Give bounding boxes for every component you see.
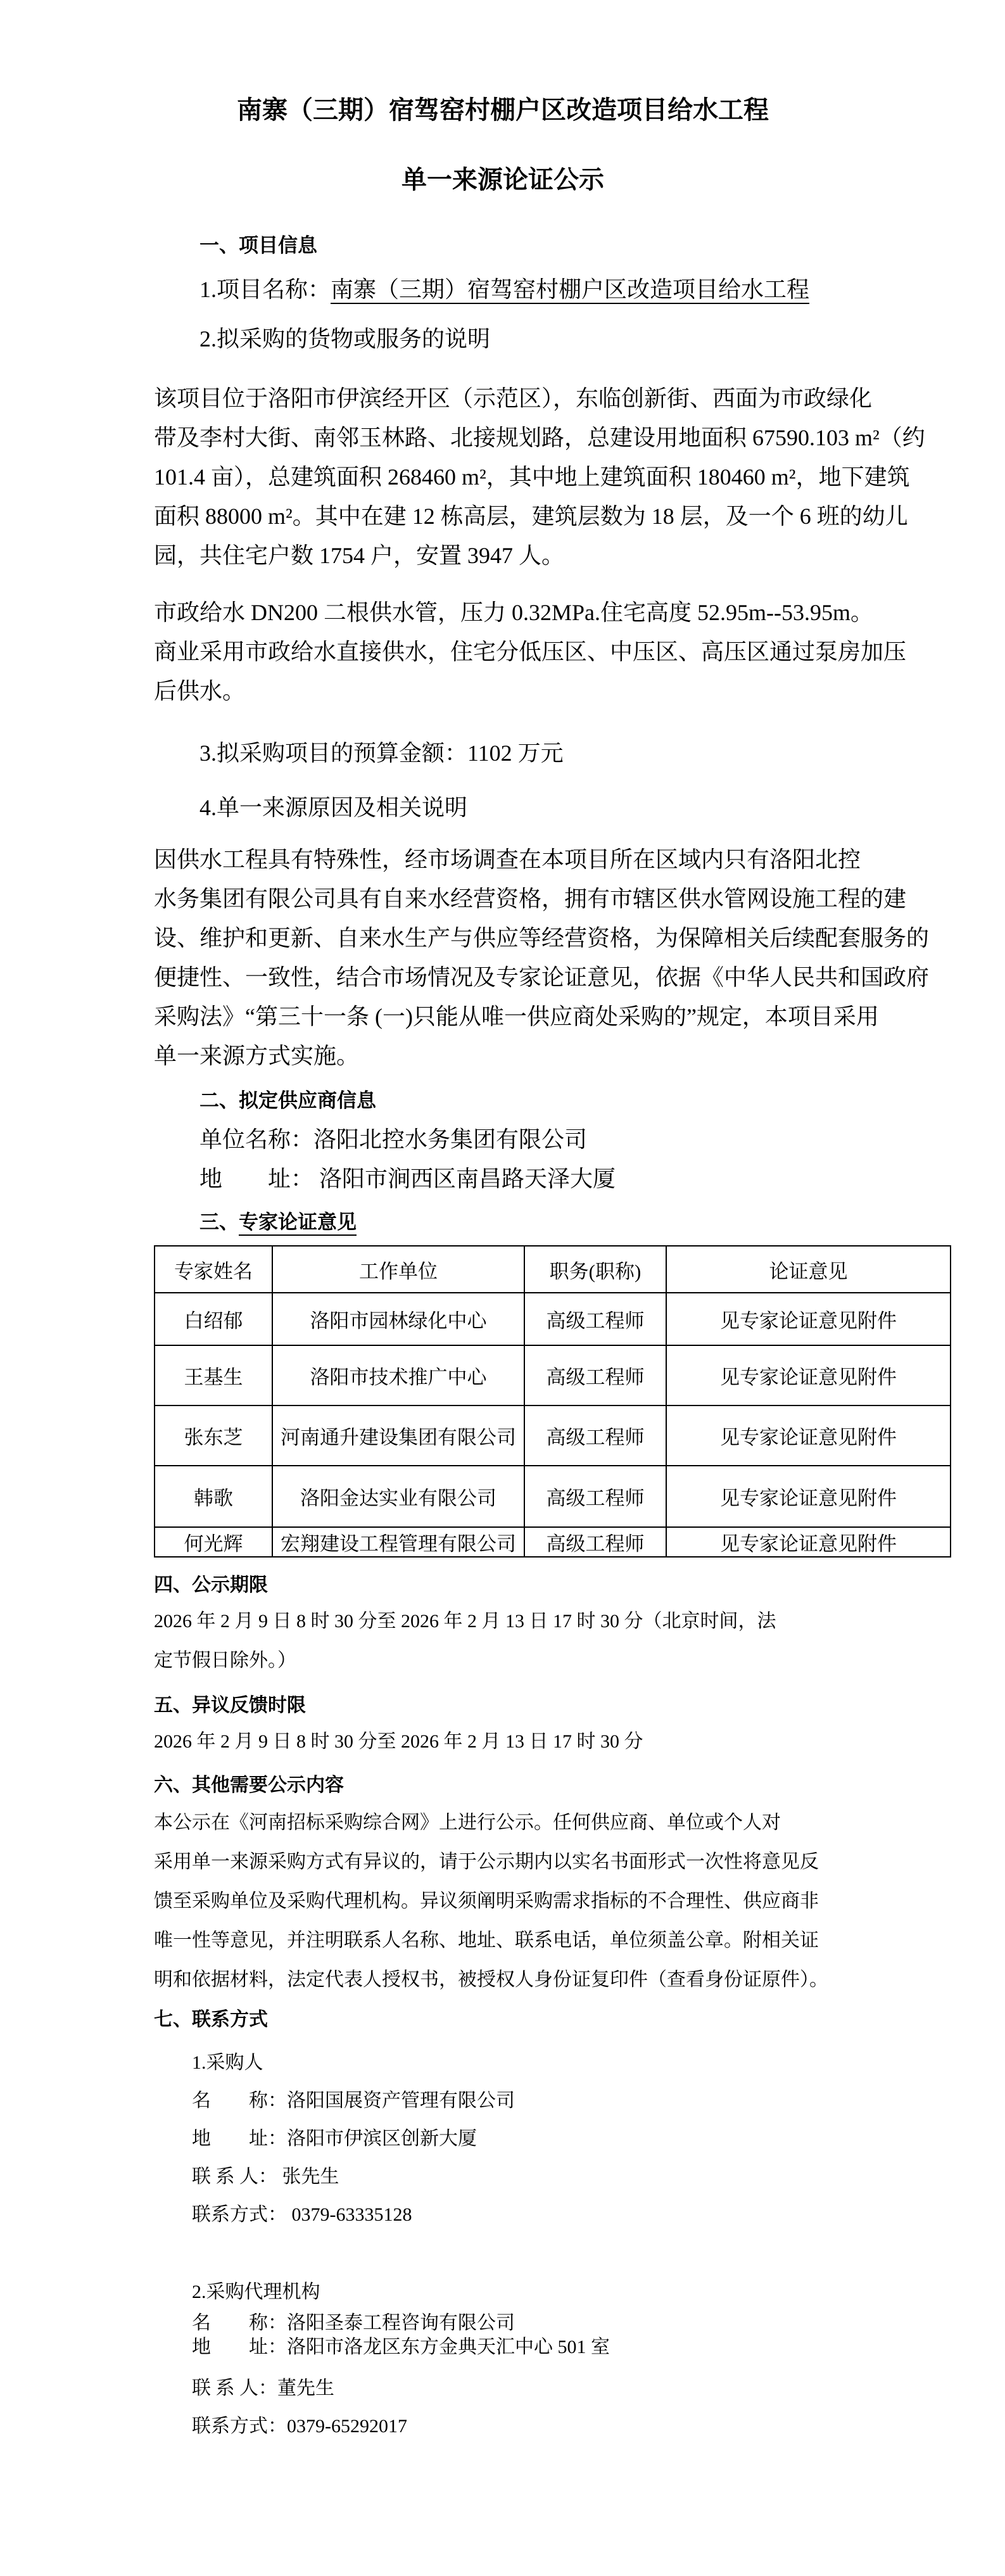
supplier-address-line: 地 址： 洛阳市涧西区南昌路天泽大厦 <box>199 1159 852 1198</box>
expert-title-cell: 高级工程师 <box>524 1345 666 1405</box>
expert-name-cell: 张东芝 <box>155 1405 272 1466</box>
agency-contact-person-line: 联 系 人：董先生 <box>192 2370 852 2408</box>
experts-column-header: 专家姓名 <box>155 1246 272 1293</box>
paragraph-line: 水务集团有限公司具有自来水经营资格，拥有市辖区供水管网设施工程的建 <box>154 879 852 918</box>
buyer-phone-line: 联系方式： 0379-63335128 <box>192 2196 852 2234</box>
paragraph-line: 因供水工程具有特殊性，经市场调查在本项目所在区域内只有洛阳北控 <box>154 840 852 879</box>
expert-opinion-cell: 见专家论证意见附件 <box>666 1466 951 1527</box>
expert-heading-text: 专家论证意见 <box>239 1211 357 1233</box>
expert-title-cell: 高级工程师 <box>524 1527 666 1557</box>
expert-title-cell: 高级工程师 <box>524 1466 666 1527</box>
expert-row: 何光辉 宏翔建设工程管理有限公司 高级工程师 见专家论证意见附件 <box>155 1527 951 1557</box>
paragraph-line: 带及李村大街、南邻玉林路、北接规划路，总建设用地面积 67590.103 m²（… <box>154 418 852 457</box>
paragraph-line: 定节假日除外。） <box>154 1641 852 1680</box>
expert-opinion-cell: 见专家论证意见附件 <box>666 1405 951 1466</box>
expert-row: 白绍郁 洛阳市园林绿化中心 高级工程师 见专家论证意见附件 <box>155 1293 951 1345</box>
agency-address-line: 地 址：洛阳市洛龙区东方金典天汇中心 501 室 <box>192 2335 852 2359</box>
paragraph-line: 2026 年 2 月 9 日 8 时 30 分至 2026 年 2 月 13 日… <box>154 1602 852 1641</box>
paragraph-line: 本公示在《河南招标采购综合网》上进行公示。任何供应商、单位或个人对 <box>154 1803 852 1843</box>
section-heading-other-content: 六、其他需要公示内容 <box>154 1772 852 1799</box>
expert-org-cell: 洛阳市技术推广中心 <box>272 1345 524 1405</box>
expert-row: 韩歌 洛阳金达实业有限公司 高级工程师 见专家论证意见附件 <box>155 1466 951 1527</box>
paragraph-line: 设、维护和更新、自来水生产与供应等经营资格，为保障相关后续配套服务的 <box>154 918 852 958</box>
expert-name-cell: 何光辉 <box>155 1527 272 1557</box>
paragraph-line: 采用单一来源采购方式有异议的，请于公示期内以实名书面形式一次性将意见反 <box>154 1843 852 1882</box>
agency-phone-line: 联系方式：0379-65292017 <box>192 2408 852 2446</box>
paragraph-line: 园，共住宅户数 1754 户，安置 3947 人。 <box>154 536 852 575</box>
paragraph-line: 单一来源方式实施。 <box>154 1036 852 1075</box>
experts-column-header: 工作单位 <box>272 1246 524 1293</box>
buyer-label: 1.采购人 <box>192 2044 852 2082</box>
experts-table: 专家姓名工作单位职务(职称)论证意见 白绍郁 洛阳市园林绿化中心 高级工程师 见… <box>154 1245 951 1558</box>
doc-title: 南寨（三期）宿驾窑村棚户区改造项目给水工程 <box>154 94 852 127</box>
other-content-paragraph: 本公示在《河南招标采购综合网》上进行公示。任何供应商、单位或个人对采用单一来源采… <box>154 1803 852 2000</box>
project-name-value: 南寨（三期）宿驾窑村棚户区改造项目给水工程 <box>331 277 809 302</box>
experts-header-row: 专家姓名工作单位职务(职称)论证意见 <box>155 1246 951 1293</box>
paragraph-line: 唯一性等意见，并注明联系人名称、地址、联系电话，单位须盖公章。附相关证 <box>154 1921 852 1960</box>
water-supply-paragraph: 市政给水 DN200 二根供水管，压力 0.32MPa.住宅高度 52.95m-… <box>154 593 852 711</box>
section-heading-contact-info: 七、联系方式 <box>154 2006 852 2034</box>
experts-table-body: 白绍郁 洛阳市园林绿化中心 高级工程师 见专家论证意见附件 王基生 洛阳市技术推… <box>155 1293 951 1557</box>
buyer-address-line: 地 址：洛阳市伊滨区创新大厦 <box>192 2120 852 2158</box>
section-heading-objection-period: 五、异议反馈时限 <box>154 1692 852 1720</box>
publicity-period-paragraph: 2026 年 2 月 9 日 8 时 30 分至 2026 年 2 月 13 日… <box>154 1602 852 1680</box>
expert-org-cell: 宏翔建设工程管理有限公司 <box>272 1527 524 1557</box>
section-heading-expert-opinions: 三、专家论证意见 <box>199 1209 852 1236</box>
project-location-paragraph: 该项目位于洛阳市伊滨经开区（示范区），东临创新街、西面为市政绿化带及李村大街、南… <box>154 379 852 575</box>
single-source-reason-label: 4.单一来源原因及相关说明 <box>154 788 852 827</box>
objection-period-paragraph: 2026 年 2 月 9 日 8 时 30 分至 2026 年 2 月 13 日… <box>154 1722 852 1761</box>
budget-line: 3.拟采购项目的预算金额：1102 万元 <box>154 733 852 773</box>
paragraph-line: 采购法》“第三十一条 (一)只能从唯一供应商处采购的”规定，本项目采用 <box>154 997 852 1036</box>
expert-opinion-cell: 见专家论证意见附件 <box>666 1345 951 1405</box>
expert-row: 张东芝 河南通升建设集团有限公司 高级工程师 见专家论证意见附件 <box>155 1405 951 1466</box>
paragraph-line: 后供水。 <box>154 671 852 711</box>
paragraph-line: 该项目位于洛阳市伊滨经开区（示范区），东临创新街、西面为市政绿化 <box>154 379 852 418</box>
experts-table-head: 专家姓名工作单位职务(职称)论证意见 <box>155 1246 951 1293</box>
paragraph-line: 101.4 亩），总建筑面积 268460 m²，其中地上建筑面积 180460… <box>154 457 852 497</box>
expert-opinion-cell: 见专家论证意见附件 <box>666 1527 951 1557</box>
expert-row: 王基生 洛阳市技术推广中心 高级工程师 见专家论证意见附件 <box>155 1345 951 1405</box>
expert-heading-prefix: 三、 <box>199 1211 239 1233</box>
expert-title-cell: 高级工程师 <box>524 1293 666 1345</box>
paragraph-line: 明和依据材料，法定代表人授权书，被授权人身份证复印件（查看身份证原件）。 <box>154 1960 852 2000</box>
expert-org-cell: 洛阳金达实业有限公司 <box>272 1466 524 1527</box>
project-name-label: 1.项目名称： <box>199 277 331 302</box>
expert-name-cell: 韩歌 <box>155 1466 272 1527</box>
paragraph-line: 市政给水 DN200 二根供水管，压力 0.32MPa.住宅高度 52.95m-… <box>154 593 852 632</box>
experts-column-header: 论证意见 <box>666 1246 951 1293</box>
project-name-line: 1.项目名称：南寨（三期）宿驾窑村棚户区改造项目给水工程 <box>154 270 852 309</box>
expert-title-cell: 高级工程师 <box>524 1405 666 1466</box>
document-page: 南寨（三期）宿驾窑村棚户区改造项目给水工程 单一来源论证公示 一、项目信息 1.… <box>0 0 1005 2576</box>
paragraph-line: 面积 88000 m²。其中在建 12 栋高层，建筑层数为 18 层，及一个 6… <box>154 497 852 536</box>
expert-name-cell: 王基生 <box>155 1345 272 1405</box>
expert-opinion-cell: 见专家论证意见附件 <box>666 1293 951 1345</box>
expert-name-cell: 白绍郁 <box>155 1293 272 1345</box>
section-heading-publicity-period: 四、公示期限 <box>154 1571 852 1599</box>
section-heading-supplier-info: 二、拟定供应商信息 <box>199 1087 852 1115</box>
paragraph-line: 2026 年 2 月 9 日 8 时 30 分至 2026 年 2 月 13 日… <box>154 1722 852 1761</box>
goods-description-label: 2.拟采购的货物或服务的说明 <box>154 319 852 358</box>
paragraph-line: 便捷性、一致性，结合市场情况及专家论证意见，依据《中华人民共和国政府 <box>154 958 852 997</box>
agency-name-line: 名 称：洛阳圣泰工程咨询有限公司 <box>192 2311 852 2335</box>
buyer-contact-person-line: 联 系 人： 张先生 <box>192 2158 852 2196</box>
paragraph-line: 商业采用市政给水直接供水，住宅分低压区、中压区、高压区通过泵房加压 <box>154 632 852 671</box>
expert-org-cell: 河南通升建设集团有限公司 <box>272 1405 524 1466</box>
experts-column-header: 职务(职称) <box>524 1246 666 1293</box>
supplier-name-line: 单位名称：洛阳北控水务集团有限公司 <box>199 1120 852 1159</box>
agency-label: 2.采购代理机构 <box>192 2273 852 2311</box>
doc-subtitle: 单一来源论证公示 <box>154 163 852 196</box>
single-source-reason-paragraph: 因供水工程具有特殊性，经市场调查在本项目所在区域内只有洛阳北控水务集团有限公司具… <box>154 840 852 1075</box>
section-heading-project-info: 一、项目信息 <box>199 232 852 260</box>
paragraph-line: 馈至采购单位及采购代理机构。异议须阐明采购需求指标的不合理性、供应商非 <box>154 1882 852 1921</box>
buyer-name-line: 名 称：洛阳国展资产管理有限公司 <box>192 2082 852 2120</box>
expert-org-cell: 洛阳市园林绿化中心 <box>272 1293 524 1345</box>
